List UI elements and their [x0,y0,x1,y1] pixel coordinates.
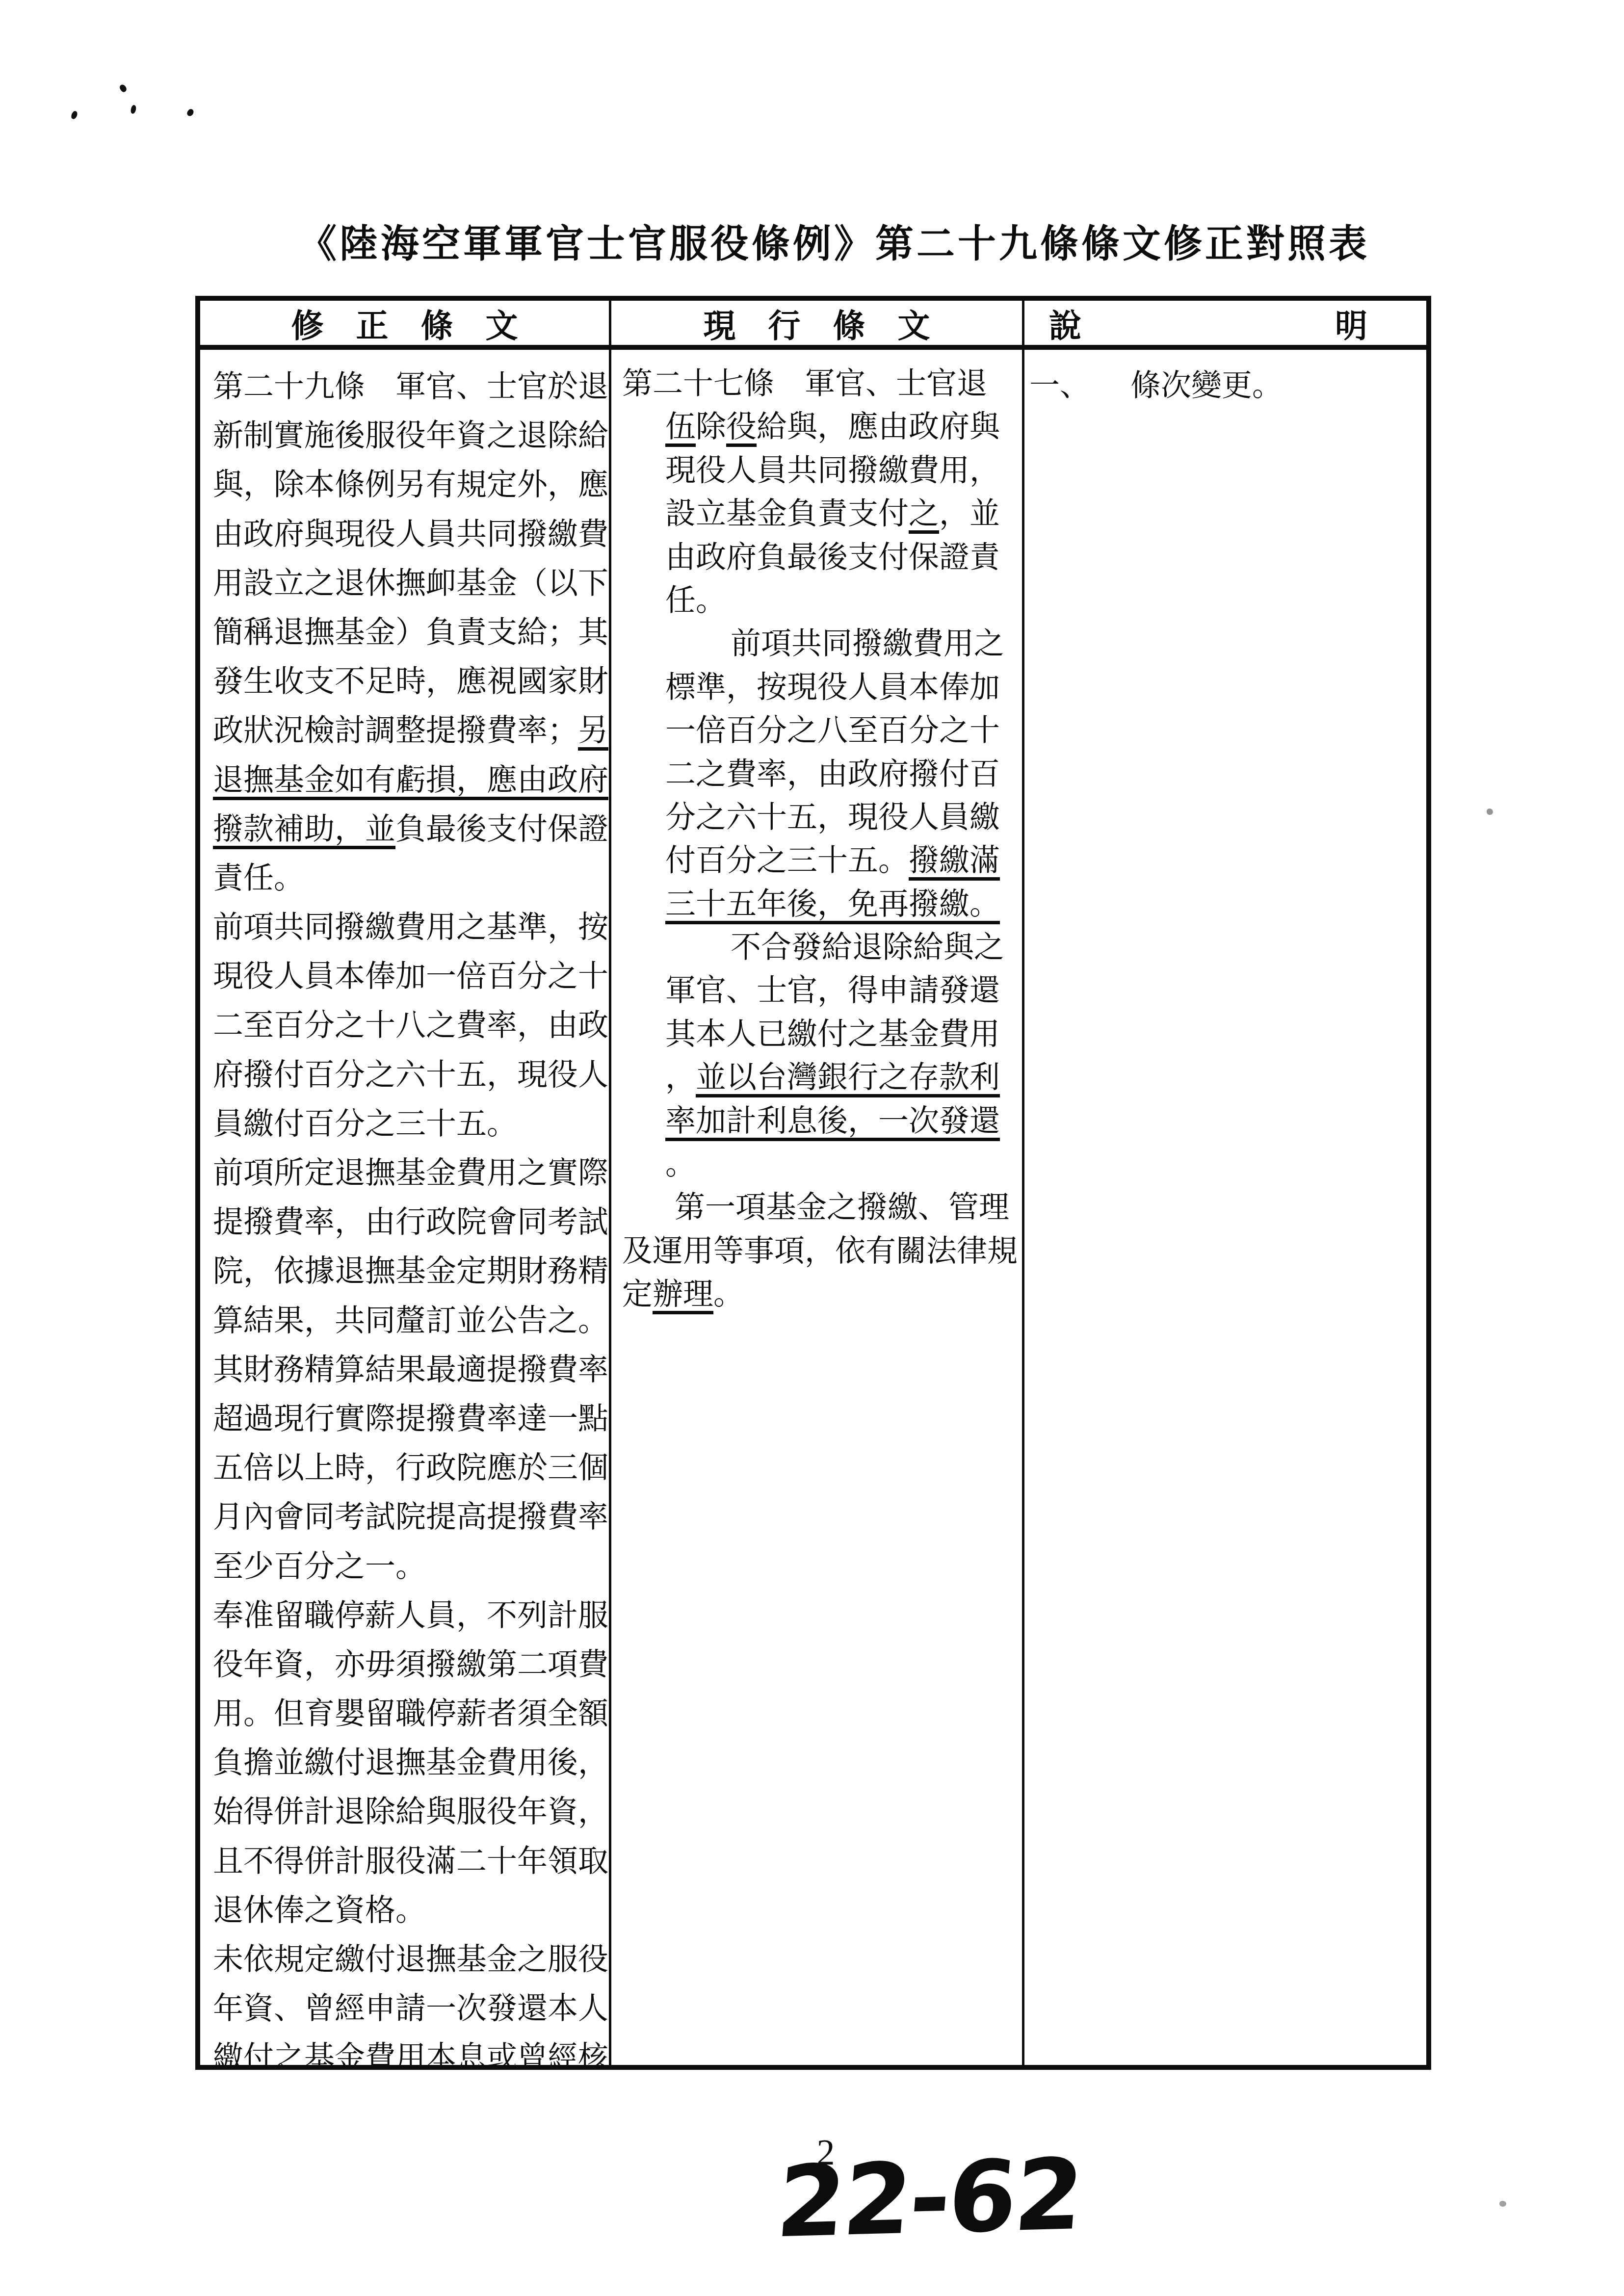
notes-column: 一、 條次變更。 [1024,350,1426,2065]
article-text-line: 始得併計退除給與服役年資， [213,1788,603,1837]
article-text-line: 一倍百分之八至百分之十 [622,709,1016,753]
article-text-line: 政狀況檢討調整提撥費率；另 [213,706,603,756]
article-text-line: 軍官、士官，得申請發還 [622,969,1016,1013]
note-text: 條次變更。 [1130,365,1283,408]
header-current-text: 現 行 條 文 [611,301,1024,345]
note-number: 一、 [1029,365,1090,408]
scan-speck [119,83,128,93]
article-text-line: 至少百分之一。 [213,1542,603,1592]
article-text-line: 發生收支不足時，應視國家財 [213,657,603,706]
article-text-line: 員繳付百分之三十五。 [213,1100,603,1149]
handwritten-annotation: 22-62 [773,2146,1085,2252]
article-text-line: 前項所定退撫基金費用之實際 [213,1149,603,1198]
article-text-line: 提撥費率，由行政院會同考試 [213,1198,603,1247]
article-text-line: 定辦理。 [622,1273,1016,1316]
article-text-line: 現役人員共同撥繳費用， [622,449,1016,493]
article-text-line: 前項共同撥繳費用之基準，按 [213,903,603,952]
article-text-line: 退休俸之資格。 [213,1886,603,1935]
article-text-line: 。 [622,1143,1016,1186]
article-text-line: 第二十七條 軍官、士官退 [622,363,1016,406]
article-text-line: 院，依據退撫基金定期財務精 [213,1247,603,1296]
scan-speck [130,104,137,114]
article-text-line: 付百分之三十五。撥繳滿 [622,839,1016,883]
article-text-line: 伍除役給與，應由政府與 [622,406,1016,449]
article-text-line: 第一項基金之撥繳、管理 [622,1186,1016,1229]
article-text-line: 分之六十五，現役人員繳 [622,796,1016,839]
amended-article-column: 第二十九條 軍官、士官於退撫新制實施後服役年資之退除給與，除本條例另有規定外，應… [200,350,611,2065]
comparison-table: 修 正 條 文 現 行 條 文 說 明 第二十九條 軍官、士官於退撫新制實施後服… [195,296,1431,2070]
article-text-line: 前項共同撥繳費用之 [622,623,1016,666]
article-text-line: ，並以台灣銀行之存款利 [622,1056,1016,1099]
article-text-line: 二之費率，由政府撥付百 [622,753,1016,796]
article-text-line: 役年資，亦毋須撥繳第二項費 [213,1641,603,1690]
article-text-line: 算結果，共同釐訂並公告之。 [213,1297,603,1346]
current-article-column: 第二十七條 軍官、士官退伍除役給與，應由政府與現役人員共同撥繳費用，設立基金負責… [611,350,1024,2065]
table-header-row: 修 正 條 文 現 行 條 文 說 明 [200,301,1426,350]
article-text-line: 二至百分之十八之費率，由政 [213,1001,603,1050]
article-text-line: 退撫基金如有虧損，應由政府 [213,756,603,805]
article-text-line: 簡稱退撫基金）負責支給；其 [213,608,603,657]
article-text-line: 設立基金負責支付之，並 [622,493,1016,536]
header-amended-text: 修 正 條 文 [200,301,611,345]
article-text-line: 月內會同考試院提高提撥費率 [213,1493,603,1542]
article-text-line: 且不得併計服役滿二十年領取 [213,1837,603,1886]
article-text-line: 奉准留職停薪人員，不列計服 [213,1592,603,1641]
article-text-line: 由政府負最後支付保證責 [622,536,1016,579]
scan-speck [1487,809,1493,815]
article-text-line: 超過現行實際提撥費率達一點 [213,1395,603,1444]
header-notes: 說 明 [1024,301,1426,345]
article-text-line: 任。 [622,579,1016,623]
article-text-line: 與，除本條例另有規定外，應 [213,461,603,510]
article-text-line: 年資、曾經申請一次發還本人 [213,1984,603,2034]
article-text-line: 其本人已繳付之基金費用 [622,1013,1016,1056]
article-text-line: 負擔並繳付退撫基金費用後， [213,1739,603,1788]
article-text-line: 撥款補助，並負最後支付保證 [213,805,603,854]
scan-speck [186,108,195,117]
article-text-line: 由政府與現役人員共同撥繳費 [213,510,603,559]
article-text-line: 不合發給退除給與之 [622,926,1016,969]
article-text-line: 現役人員本俸加一倍百分之十 [213,952,603,1001]
table-body-row: 第二十九條 軍官、士官於退撫新制實施後服役年資之退除給與，除本條例另有規定外，應… [200,350,1426,2065]
document-title: 《陸海空軍軍官士官服役條例》第二十九條條文修正對照表 [265,220,1403,269]
article-text-line: 三十五年後，免再撥繳。 [622,883,1016,926]
article-text-line: 責任。 [213,854,603,903]
article-text-line: 五倍以上時，行政院應於三個 [213,1444,603,1493]
article-text-line: 用設立之退休撫卹基金（以下 [213,559,603,608]
article-text-line: 繳付之基金費用本息或曾經核 [213,2034,603,2065]
article-text-line: 第二十九條 軍官、士官於退撫 [213,363,603,412]
article-text-line: 新制實施後服役年資之退除給 [213,412,603,461]
article-text-line: 標準，按現役人員本俸加 [622,666,1016,709]
article-text-line: 府撥付百分之六十五，現役人 [213,1051,603,1100]
scan-speck [70,110,79,120]
article-text-line: 率加計利息後，一次發還 [622,1100,1016,1143]
article-text-line: 用。但育嬰留職停薪者須全額 [213,1690,603,1739]
note-item: 一、 條次變更。 [1029,365,1421,408]
article-text-line: 及運用等事項，依有關法律規 [622,1230,1016,1273]
article-text-line: 其財務精算結果最適提撥費率 [213,1346,603,1395]
article-text-line: 未依規定繳付退撫基金之服役 [213,1935,603,1984]
scan-speck [1499,2201,1506,2207]
